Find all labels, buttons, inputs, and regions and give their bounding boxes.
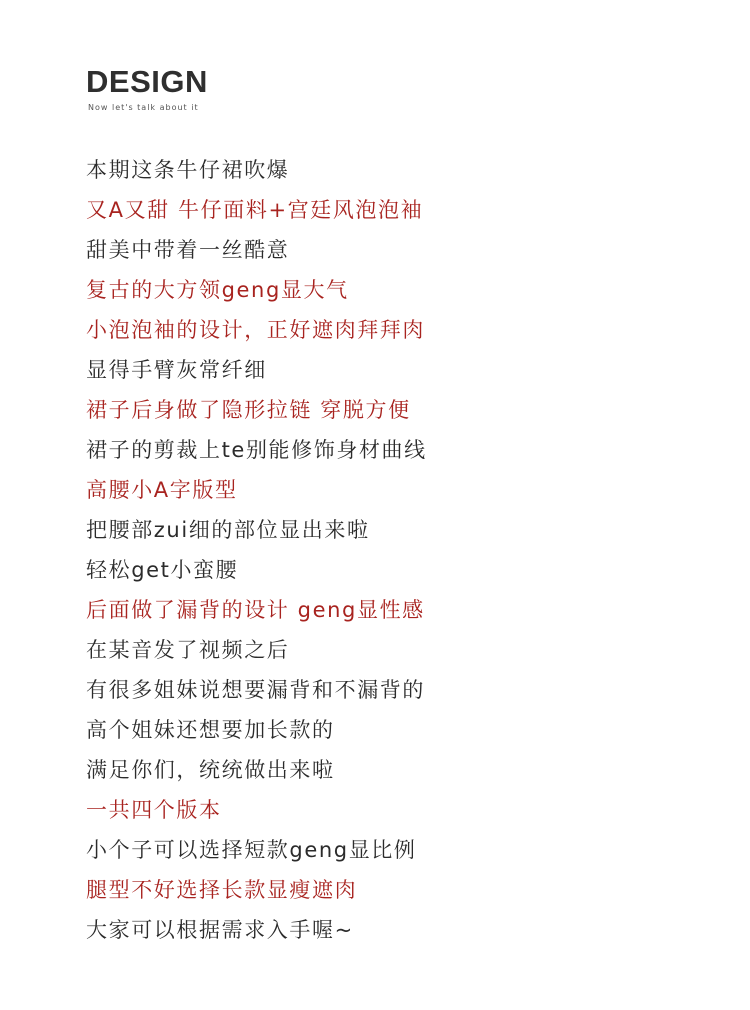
description-line: 大家可以根据需求入手喔~ — [86, 915, 427, 955]
description-line: 一共四个版本 — [86, 795, 427, 835]
description-line: 甜美中带着一丝酷意 — [86, 235, 427, 275]
section-subtitle: Now let's talk about it — [88, 103, 208, 113]
description-line: 复古的大方领geng显大气 — [86, 275, 427, 315]
description-line: 在某音发了视频之后 — [86, 635, 427, 675]
description-line: 满足你们，统统做出来啦 — [86, 755, 427, 795]
description-line: 高个姐妹还想要加长款的 — [86, 715, 427, 755]
description-line: 本期这条牛仔裙吹爆 — [86, 155, 427, 195]
description-line: 小个子可以选择短款geng显比例 — [86, 835, 427, 875]
description-line: 又A又甜 牛仔面料+宫廷风泡泡袖 — [86, 195, 427, 235]
section-title: DESIGN — [86, 66, 208, 97]
description-line: 显得手臂灰常纤细 — [86, 355, 427, 395]
description-line: 把腰部zui细的部位显出来啦 — [86, 515, 427, 555]
description-line: 裙子的剪裁上te别能修饰身材曲线 — [86, 435, 427, 475]
product-description: 本期这条牛仔裙吹爆 又A又甜 牛仔面料+宫廷风泡泡袖 甜美中带着一丝酷意 复古的… — [86, 155, 427, 955]
design-header: DESIGN Now let's talk about it — [86, 66, 208, 113]
description-line: 裙子后身做了隐形拉链 穿脱方便 — [86, 395, 427, 435]
description-line: 后面做了漏背的设计 geng显性感 — [86, 595, 427, 635]
description-line: 小泡泡袖的设计，正好遮肉拜拜肉 — [86, 315, 427, 355]
description-line: 腿型不好选择长款显瘦遮肉 — [86, 875, 427, 915]
description-line: 高腰小A字版型 — [86, 475, 427, 515]
description-line: 轻松get小蛮腰 — [86, 555, 427, 595]
description-line: 有很多姐妹说想要漏背和不漏背的 — [86, 675, 427, 715]
